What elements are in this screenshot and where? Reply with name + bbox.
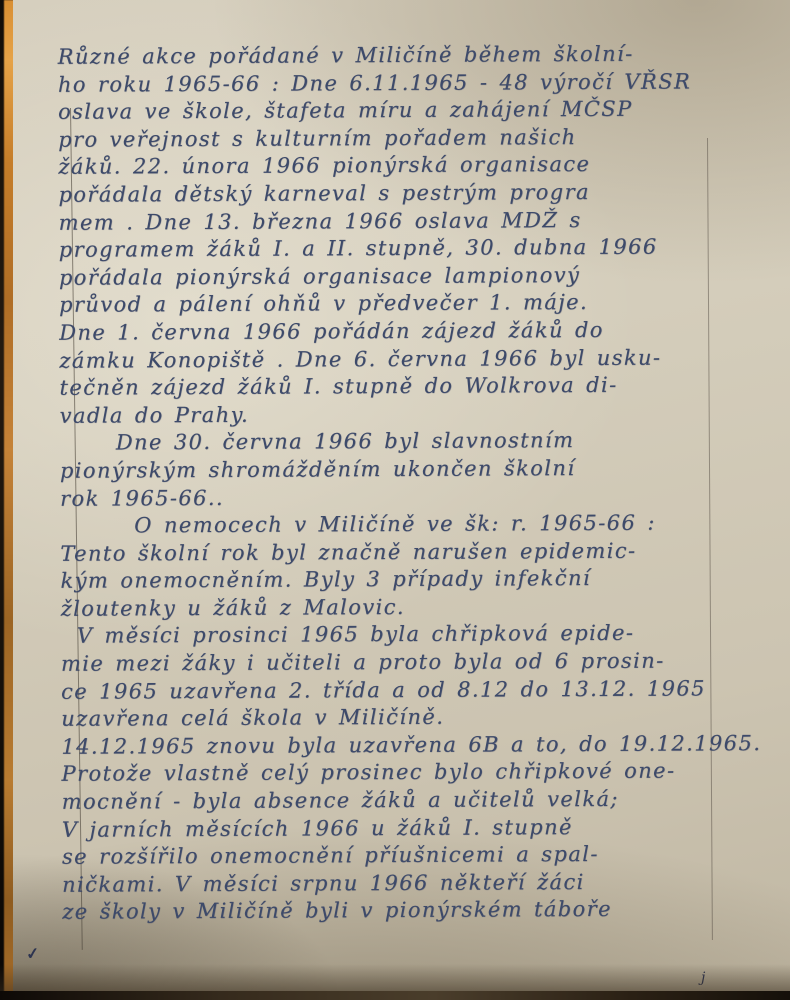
handwritten-line: kým onemocněním. Byly 3 případy infekční: [60, 565, 732, 596]
handwritten-line: Protože vlastně celý prosinec bylo chřip…: [61, 758, 733, 789]
handwritten-line: O nemocech v Miličíně ve šk: r. 1965-66 …: [60, 509, 732, 540]
handwritten-line: ničkami. V měsíci srpnu 1966 někteří žác…: [62, 868, 734, 899]
handwritten-line: Tento školní rok byl značně narušen epid…: [60, 537, 732, 568]
check-mark: ✓: [25, 943, 40, 963]
handwritten-line: V měsíci prosinci 1965 byla chřipková ep…: [61, 620, 733, 651]
handwritten-line: se rozšířilo onemocnění příušnicemi a sp…: [62, 840, 734, 871]
handwritten-line: mie mezi žáky i učiteli a proto byla od …: [61, 647, 733, 678]
handwritten-line: programem žáků I. a II. stupně, 30. dubn…: [59, 233, 731, 264]
handwritten-line: rok 1965-66..: [60, 482, 732, 513]
handwritten-line: ce 1965 uzavřena 2. třída a od 8.12 do 1…: [61, 675, 733, 706]
handwritten-text-block: Různé akce pořádané v Miličíně během ško…: [58, 40, 735, 927]
handwritten-line: ze školy v Miličíně byli v pionýrském tá…: [62, 896, 734, 927]
handwritten-line: žloutenky u žáků z Malovic.: [61, 592, 733, 623]
handwritten-line: průvod a pálení ohňů v předvečer 1. máje…: [59, 289, 731, 320]
chronicle-photo: Různé akce pořádané v Miličíně během ško…: [0, 0, 790, 1000]
handwritten-line: pořádala pionýrská organisace lampionový: [59, 261, 731, 292]
table-edge-strip: [0, 991, 790, 1000]
handwritten-line: vadla do Prahy.: [60, 399, 732, 430]
handwritten-line: pionýrským shromážděním ukončen školní: [60, 454, 732, 485]
handwritten-line: zámku Konopiště . Dne 6. června 1966 byl…: [59, 344, 731, 375]
handwritten-line: pořádala dětský karneval s pestrým progr…: [58, 178, 730, 209]
handwritten-line: uzavřena celá škola v Miličíně.: [61, 702, 733, 733]
handwritten-line: Dne 1. června 1966 pořádán zájezd žáků d…: [59, 316, 731, 347]
handwritten-line: pro veřejnost s kulturním pořadem našich: [58, 123, 730, 154]
handwritten-line: tečněn zájezd žáků I. stupně do Wolkrova…: [59, 371, 731, 402]
handwritten-line: 14.12.1965 znovu byla uzavřena 6B a to, …: [61, 730, 733, 761]
handwritten-line: Dne 30. června 1966 byl slavnostním: [60, 427, 732, 458]
page-bottom-shadow: [0, 964, 790, 992]
handwritten-line: V jarních měsících 1966 u žáků I. stupně: [62, 813, 734, 844]
handwritten-line: mem . Dne 13. března 1966 oslava MDŽ s: [59, 206, 731, 237]
handwritten-line: mocnění - byla absence žáků a učitelů ve…: [62, 785, 734, 816]
handwritten-line: žáků. 22. února 1966 pionýrská organisac…: [58, 151, 730, 182]
handwritten-line: Různé akce pořádané v Miličíně během ško…: [58, 40, 730, 71]
handwritten-line: ho roku 1965-66 : Dne 6.11.1965 - 48 výr…: [58, 68, 730, 99]
handwritten-line: oslava ve škole, štafeta míru a zahájení…: [58, 95, 730, 126]
